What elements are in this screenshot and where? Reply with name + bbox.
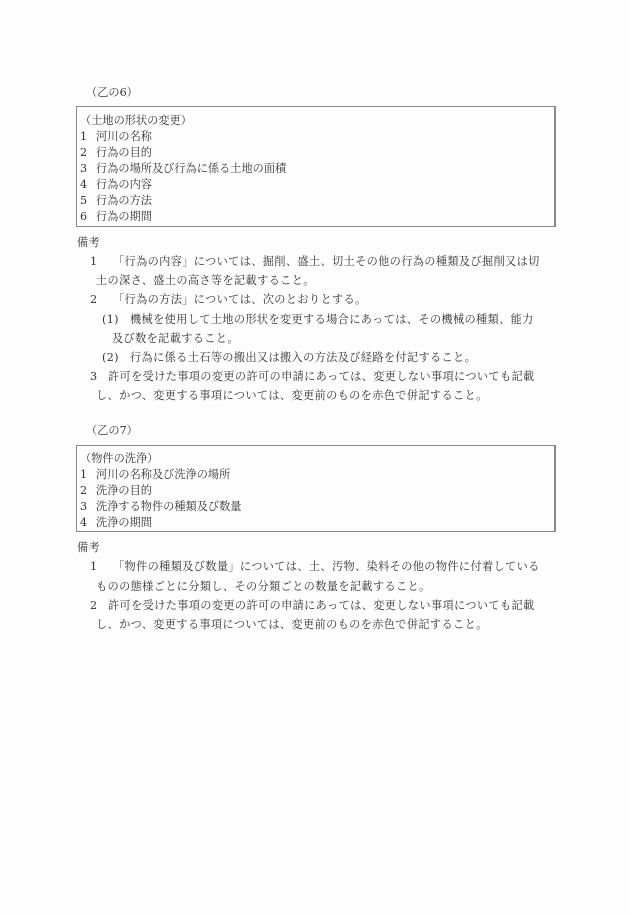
box-item: 2洗浄の目的: [80, 483, 152, 499]
remark-subline: (2)行為に係る土石等の搬出又は搬入の方法及び経路を付記すること。: [102, 348, 476, 367]
box-item: 4行為の内容: [80, 177, 152, 193]
box-title: （土地の形状の変更）: [80, 113, 192, 129]
box-item: 6行為の期間: [80, 209, 152, 225]
box-item: 1河川の名称: [80, 129, 152, 145]
remark-line: 1「物件の種類及び数量」については、土、汚物、染料その他の物件に付着している: [90, 557, 540, 576]
remarks-heading: 備考: [77, 233, 100, 252]
remark-line: 土の深さ、盛土の高さ等を記載すること。: [96, 271, 315, 290]
remark-line: し、かつ、変更する事項については、変更前のものを赤色で併記すること。: [96, 386, 488, 405]
form-box-land-shape-change: （土地の形状の変更） 1河川の名称 2行為の目的 3行為の場所及び行為に係る土地…: [76, 106, 556, 227]
remarks-heading: 備考: [77, 538, 100, 557]
remark-line: 3許可を受けた事項の変更の許可の申請にあっては、変更しない事項についても記載: [90, 367, 535, 386]
remark-line: 2「行為の方法」については、次のとおりとする。: [90, 290, 367, 309]
box-item: 2行為の目的: [80, 145, 152, 161]
form-box-object-washing: （物件の洗浄） 1河川の名称及び洗浄の場所 2洗浄の目的 3洗浄する物件の種類及…: [76, 445, 556, 532]
remark-line: し、かつ、変更する事項については、変更前のものを赤色で併記すること。: [96, 615, 488, 634]
form-label-otsu-7: （乙の7）: [86, 422, 138, 438]
remark-line: ものの態様ごとに分類し、その分類ごとの数量を記載すること。: [96, 577, 431, 596]
box-item: 5行為の方法: [80, 193, 152, 209]
box-title: （物件の洗浄）: [80, 451, 158, 467]
remark-line: 2許可を受けた事項の変更の許可の申請にあっては、変更しない事項についても記載: [90, 596, 535, 615]
form-label-otsu-6: （乙の6）: [86, 84, 138, 100]
box-item: 3洗浄する物件の種類及び数量: [80, 499, 241, 515]
remark-line: 及び数を記載すること。: [112, 329, 239, 348]
box-item: 1河川の名称及び洗浄の場所: [80, 467, 230, 483]
remark-line: 1「行為の内容」については、掘削、盛土、切土その他の行為の種類及び掘削又は切: [90, 252, 540, 271]
box-item: 4洗浄の期間: [80, 515, 152, 531]
box-item: 3行為の場所及び行為に係る土地の面積: [80, 161, 286, 177]
remark-subline: (1)機械を使用して土地の形状を変更する場合にあっては、その機械の種類、能力: [102, 310, 534, 329]
